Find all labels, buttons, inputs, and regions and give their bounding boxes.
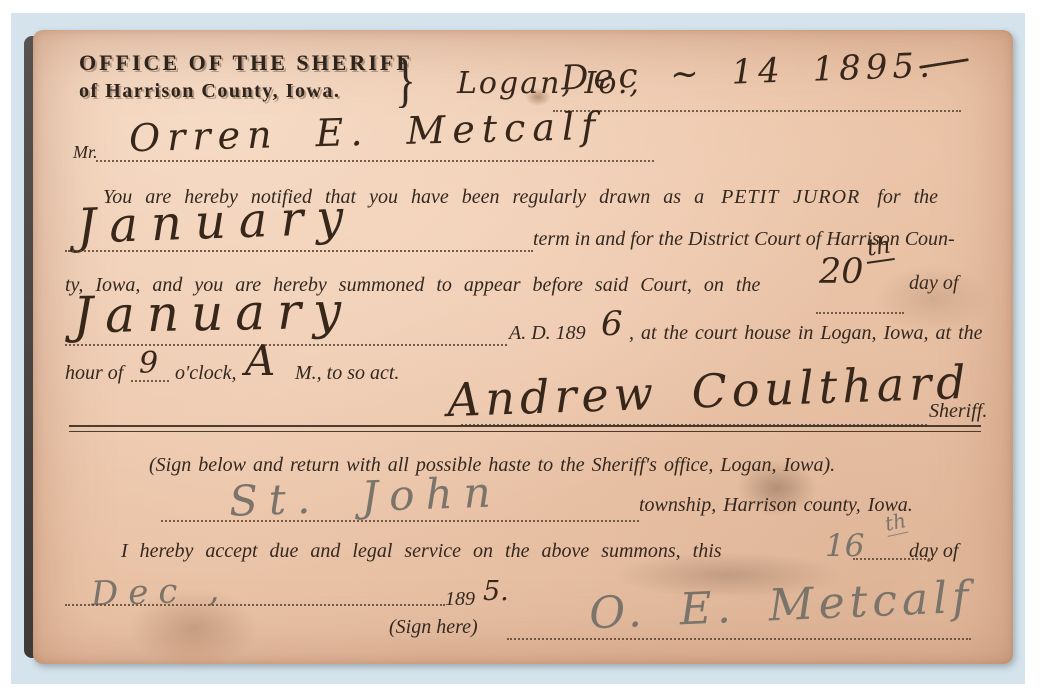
sheriff-signature-handwriting: Andrew Coulthard (446, 355, 971, 427)
postcard-front: OFFICE OF THE SHERIFF of Harrison County… (33, 30, 1013, 664)
meridiem-handwriting: A (245, 336, 275, 385)
year-printed-prefix: A. D. 189 (509, 322, 586, 345)
notice-line3-after: day of (909, 272, 958, 295)
addressee-fill-line (96, 160, 654, 162)
addressee-name-handwriting: Orren E. Metcalf (129, 104, 603, 160)
court-day-suffix-handwriting: th (863, 232, 895, 264)
court-day-handwriting: 20 (819, 252, 864, 292)
acceptance-year-digit-handwriting: 5. (483, 576, 509, 607)
year-digit-handwriting: 6 (601, 304, 623, 344)
office-heading-line2: of Harrison County, Iowa. (79, 80, 340, 103)
juror-signature-handwriting: O. E. Metcalf (588, 572, 974, 640)
acceptance-line-printed: I hereby accept due and legal service on… (121, 540, 722, 563)
notice-line4-after: , at the court house in Logan, Iowa, at … (629, 322, 983, 345)
appearance-month-fill-line (65, 344, 507, 346)
court-day-fill-line (816, 312, 904, 314)
term-month-handwriting: January (76, 189, 357, 255)
term-fill-line (65, 250, 533, 252)
hour-label-printed: hour of (65, 362, 123, 385)
petit-juror-emphasis: PETIT JUROR (721, 186, 860, 208)
township-handwriting: St. John (228, 467, 502, 525)
header-brace-glyph: } (395, 46, 416, 115)
oclock-printed: o'clock, (175, 362, 236, 385)
dateline-fill-line (553, 110, 961, 112)
date-handwriting: Dec ~ 14 1895. (560, 45, 935, 98)
section-divider-rule (69, 425, 981, 432)
notice-line5-after: M., to so act. (295, 362, 399, 385)
sign-here-line (507, 638, 971, 640)
addressee-prefix: Mr. (73, 142, 98, 163)
township-label-printed: township, Harrison county, Iowa. (639, 494, 913, 517)
sheriff-title-printed: Sheriff. (929, 400, 987, 423)
acceptance-year-printed: 189 (445, 588, 475, 611)
acceptance-month-fill-line (65, 604, 445, 606)
township-fill-line (161, 520, 639, 522)
notice-line1-after: for the (877, 186, 938, 208)
acceptance-month-handwriting: Dec , (90, 570, 229, 615)
appearance-month-handwriting: January (73, 282, 354, 345)
acceptance-line-after-printed: day of (909, 540, 958, 563)
office-heading-line1: OFFICE OF THE SHERIFF (79, 50, 413, 76)
hour-handwriting: 9 (139, 346, 158, 381)
sign-here-label-printed: (Sign here) (389, 616, 478, 639)
postcard-photo: OFFICE OF THE SHERIFF of Harrison County… (0, 0, 1043, 700)
